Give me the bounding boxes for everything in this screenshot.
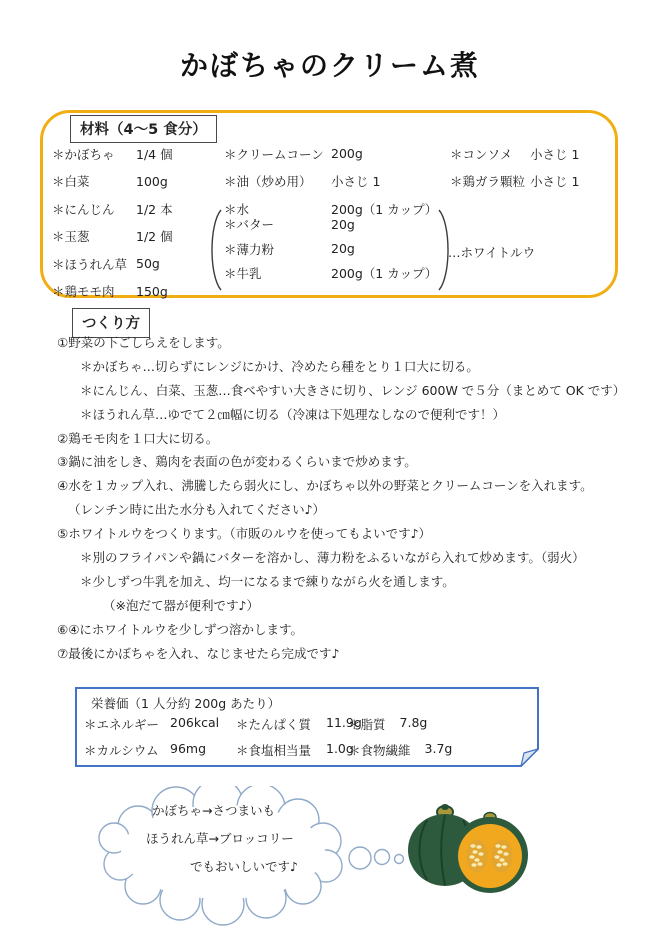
nutrition-label: ＊カルシウム (84, 741, 170, 759)
ingredient-name: ＊バター (224, 215, 331, 233)
ingredient-row: ＊かぼちゃ1/4 個 (52, 140, 173, 168)
ingredient-name: ＊クリームコーン (224, 145, 331, 163)
nutrition-value: 7.8g (400, 715, 428, 733)
ingredient-name: ＊鶏モモ肉 (52, 282, 136, 300)
direction-step: ＊少しずつ牛乳を加え、均一になるまで練りながら火を通します。 (57, 570, 652, 594)
ingredient-row: ＊鶏ガラ顆粒小さじ 1 (450, 168, 579, 196)
direction-step: ③鍋に油をしき、鶏肉を表面の色が変わるくらいまで炒めます。 (57, 450, 652, 474)
ingredient-name: ＊玉葱 (52, 227, 136, 245)
ingredients-heading: 材料（4～5 食分） (70, 115, 217, 143)
page-title: かぼちゃのクリーム煮 (0, 44, 660, 84)
direction-step: ⑤ホワイトルウをつくります。（市販のルウを使ってもよいです♪） (57, 522, 652, 546)
nutrition-item: ＊エネルギー206kcal (84, 715, 219, 733)
bubble-text-line: かぼちゃ→さつまいも (152, 801, 275, 819)
nutrition-item: ＊食物繊維3.7g (348, 741, 452, 759)
ingredient-name: ＊白菜 (52, 172, 136, 190)
ingredient-amount: 100g (136, 174, 168, 189)
ingredient-amount: 50g (136, 256, 160, 271)
nutrition-label: ＊食塩相当量 (236, 741, 326, 759)
ingredient-amount: 小さじ 1 (530, 172, 579, 190)
ingredient-amount: 1/2 本 (136, 200, 173, 218)
direction-step: ②鶏モモ肉を１口大に切る。 (57, 427, 652, 451)
direction-step: ＊にんじん、白菜、玉葱…食べやすい大きさに切り、レンジ 600W で５分（まとめ… (57, 379, 652, 403)
direction-step: ⑦最後にかぼちゃを入れ、なじませたら完成です♪ (57, 642, 652, 666)
ingredients-box: 材料（4～5 食分） ＊かぼちゃ1/4 個 ＊白菜100g ＊にんじん1/2 本… (40, 110, 618, 298)
nutrition-box: 栄養価（1 人分約 200g あたり） ＊エネルギー206kcal ＊たんぱく質… (75, 687, 539, 767)
direction-step: （レンチン時に出た水分も入れてください♪） (57, 498, 652, 522)
ingredient-row: ＊玉葱1/2 個 (52, 223, 173, 251)
direction-step: ＊別のフライパンや鍋にバターを溶かし、薄力粉をふるいながら入れて炒めます。（弱火… (57, 546, 652, 570)
ingredient-name: ＊にんじん (52, 200, 136, 218)
ingredient-row: ＊ほうれん草50g (52, 250, 173, 278)
ingredients-column-1: ＊かぼちゃ1/4 個 ＊白菜100g ＊にんじん1/2 本 ＊玉葱1/2 個 ＊… (52, 140, 173, 305)
nutrition-label: ＊たんぱく質 (236, 715, 326, 733)
direction-step: ＊かぼちゃ…切らずにレンジにかけ、冷めたら種をとり１口大に切る。 (57, 355, 652, 379)
ingredient-name: ＊ほうれん草 (52, 255, 136, 273)
direction-step: ⑥④にホワイトルウを少しずつ溶かします。 (57, 618, 652, 642)
nutrition-value: 206kcal (170, 715, 219, 733)
ingredient-name: ＊鶏ガラ顆粒 (450, 172, 530, 190)
ingredient-row: ＊薄力粉20g (224, 237, 437, 262)
ingredient-row: ＊コンソメ小さじ 1 (450, 140, 579, 168)
ingredient-row: ＊クリームコーン200g (224, 140, 437, 168)
nutrition-label: ＊エネルギー (84, 715, 170, 733)
nutrition-label: ＊食物繊維 (348, 741, 411, 759)
direction-step: ＊ほうれん草…ゆでて２㎝幅に切る（冷凍は下処理なしなので便利です！） (57, 403, 652, 427)
ingredient-row: ＊牛乳200g（1 カップ） (224, 261, 437, 286)
ingredient-amount: 1/2 個 (136, 227, 173, 245)
bubble-text-line: でもおいしいです♪ (190, 857, 298, 875)
nutrition-label: ＊脂質 (348, 715, 386, 733)
pumpkin-icon (405, 798, 530, 898)
nutrition-item: ＊カルシウム96mg (84, 741, 206, 759)
ingredient-name: ＊油（炒め用） (224, 172, 331, 190)
ingredient-amount: 小さじ 1 (530, 145, 579, 163)
ingredient-amount: 20g (331, 217, 355, 232)
ingredient-row: ＊油（炒め用）小さじ 1 (224, 168, 437, 196)
nutrition-value: 96mg (170, 741, 206, 759)
nutrition-item: ＊食塩相当量1.0g (236, 741, 354, 759)
ingredient-row: ＊にんじん1/2 本 (52, 195, 173, 223)
ingredient-row: ＊鶏モモ肉150g (52, 278, 173, 306)
ingredient-amount: 20g (331, 241, 355, 256)
nutrition-heading: 栄養価（1 人分約 200g あたり） (91, 694, 280, 712)
ingredient-name: ＊牛乳 (224, 264, 331, 282)
recipe-page: かぼちゃのクリーム煮 材料（4～5 食分） ＊かぼちゃ1/4 個 ＊白菜100g… (0, 0, 660, 934)
nutrition-item: ＊たんぱく質11.9g (236, 715, 362, 733)
ingredient-amount: 200g（1 カップ） (331, 264, 437, 282)
direction-step: （※泡だて器が便利です♪） (57, 594, 652, 618)
direction-step: ④水を１カップ入れ、沸騰したら弱火にし、かぼちゃ以外の野菜とクリームコーンを入れ… (57, 474, 652, 498)
ingredient-name: ＊コンソメ (450, 145, 530, 163)
ingredient-name: ＊薄力粉 (224, 240, 331, 258)
roux-group-label: …ホワイトルウ (448, 243, 535, 261)
direction-step: ①野菜の下ごしらえをします。 (57, 331, 652, 355)
ingredient-amount: 小さじ 1 (331, 172, 380, 190)
ingredient-name: ＊かぼちゃ (52, 145, 136, 163)
nutrition-item: ＊脂質7.8g (348, 715, 427, 733)
ingredient-amount: 150g (136, 284, 168, 299)
ingredient-row: ＊バター20g (224, 212, 437, 237)
bubble-text-line: ほうれん草→ブロッコリー (146, 829, 294, 847)
directions-steps: ①野菜の下ごしらえをします。 ＊かぼちゃ…切らずにレンジにかけ、冷めたら種をとり… (57, 331, 652, 665)
ingredients-roux-group: ＊バター20g ＊薄力粉20g ＊牛乳200g（1 カップ） (224, 212, 437, 286)
ingredient-row: ＊白菜100g (52, 168, 173, 196)
ingredients-column-3: ＊コンソメ小さじ 1 ＊鶏ガラ顆粒小さじ 1 (450, 140, 579, 195)
ingredient-amount: 200g (331, 146, 363, 161)
ingredient-amount: 1/4 個 (136, 145, 173, 163)
nutrition-value: 3.7g (425, 741, 453, 759)
